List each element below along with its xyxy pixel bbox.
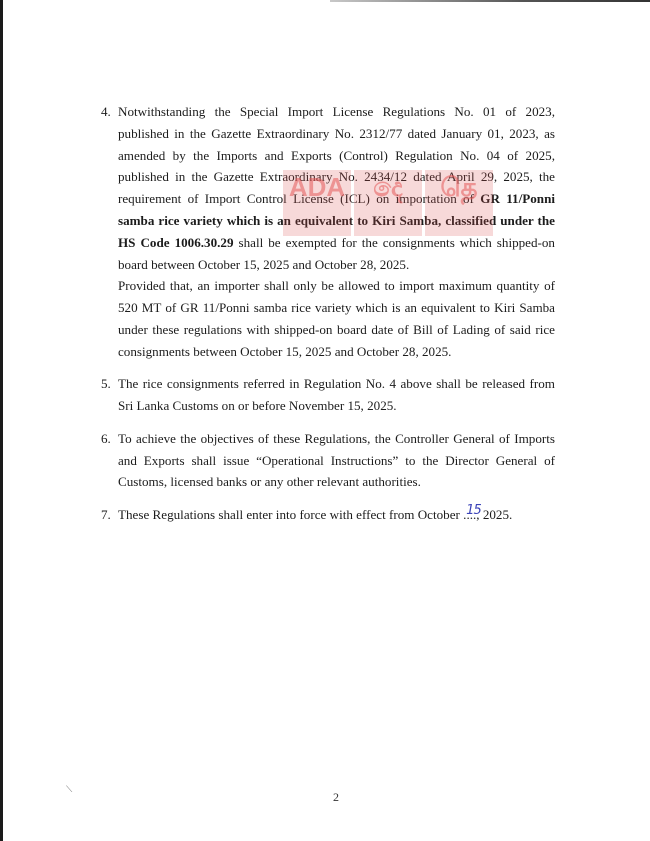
regulation-number: 7. xyxy=(101,504,111,526)
scan-edge-top xyxy=(330,0,650,2)
regulation-number: 4. xyxy=(101,101,111,123)
scan-edge-left xyxy=(0,0,3,841)
regulation-4-proviso: Provided that, an importer shall only be… xyxy=(118,275,555,362)
regulation-4: 4. Notwithstanding the Special Import Li… xyxy=(101,101,555,363)
scan-speck-icon: ⟍ xyxy=(66,784,72,795)
handwritten-date: 15 xyxy=(466,500,481,522)
document-page: 4. Notwithstanding the Special Import Li… xyxy=(101,101,555,526)
regulation-5: 5. The rice consignments referred in Reg… xyxy=(101,373,555,417)
regulation-7-year: , 2025. xyxy=(476,507,512,522)
page-number: 2 xyxy=(333,790,339,805)
regulation-number: 6. xyxy=(101,428,111,450)
regulation-7: 7. These Regulations shall enter into fo… xyxy=(101,504,555,526)
regulation-6-body: To achieve the objectives of these Regul… xyxy=(118,428,555,493)
regulation-7-body: These Regulations shall enter into force… xyxy=(118,504,555,526)
regulation-5-body: The rice consignments referred in Regula… xyxy=(118,373,555,417)
regulation-6: 6. To achieve the objectives of these Re… xyxy=(101,428,555,493)
regulation-7-text: These Regulations shall enter into force… xyxy=(118,507,463,522)
regulation-4-body: Notwithstanding the Special Import Licen… xyxy=(118,101,555,275)
regulation-number: 5. xyxy=(101,373,111,395)
